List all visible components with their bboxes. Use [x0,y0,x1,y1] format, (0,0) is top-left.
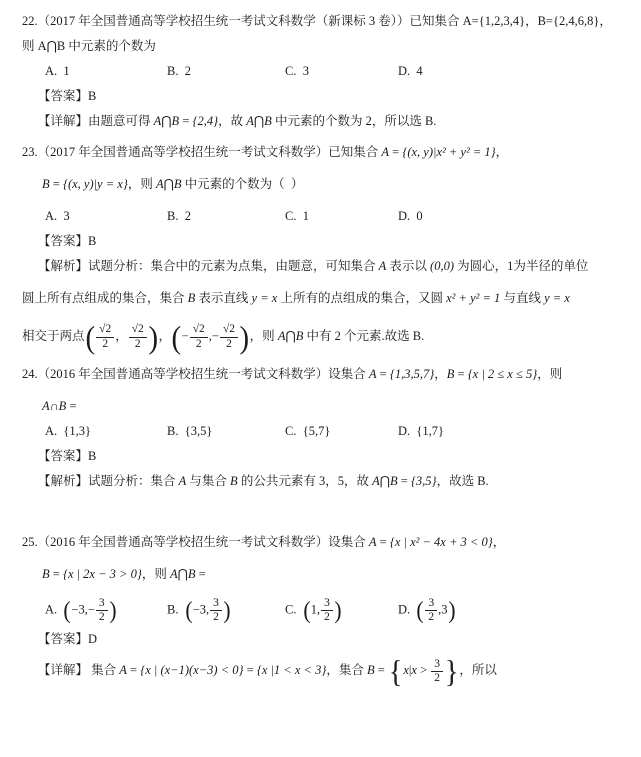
paren-glyph: ( [303,599,310,623]
math-text: B [390,474,398,488]
paren-glyph: ( [64,599,71,623]
big-paren-glyph: ) [240,321,250,353]
question-22-option-b: B. 2 [167,62,285,81]
math-text: A [369,535,377,549]
math-text: B [447,367,455,381]
question-22-option-a: A. 1 [45,62,167,81]
math-text: B [296,329,304,343]
fraction-denominator: 2 [96,611,108,624]
question-25-stem-line-2: B = {x | 2x − 3 > 0}，则 A⋂B = [42,565,633,584]
paren-glyph: ) [448,599,455,623]
math-text: A [156,177,164,191]
question-25: 25.（2016 年全国普通高等学校招生统一考试文科数学）设集合 A = {x … [22,533,633,687]
math-text: A [246,114,254,128]
math-text: A [379,259,387,273]
fraction: √22 [96,323,114,350]
question-24-stem-line-1: 24.（2016 年全国普通高等学校招生统一考试文科数学）设集合 A = {1,… [22,365,633,384]
question-22-stem-line-2: 则 A⋂B 中元素的个数为 [22,37,633,56]
math-text: {x | x² − 4x + 3 < 0} [390,535,493,549]
fraction: √22 [129,323,147,350]
fraction-numerator: 3 [321,597,333,611]
question-23-stem-line-1: 23.（2017 年全国普通高等学校招生统一考试文科数学）已知集合 A = {(… [22,143,633,162]
question-25-solution: 【详解】 集合 A = {x | (x−1)(x−3) < 0} = {x |1… [38,655,633,687]
math-text: {x | (x−1)(x−3) < 0} [140,663,243,677]
paren-glyph: ) [223,599,230,623]
fraction: 32 [431,658,443,685]
fraction: √22 [220,323,238,350]
question-24-option-a: A. {1,3} [45,422,167,441]
fraction: 32 [425,597,437,624]
big-paren-glyph: } [445,655,459,687]
big-paren-glyph: ( [85,321,95,353]
question-22-option-c: C. 3 [285,62,398,81]
math-text: B [174,177,182,191]
math-text: {(x, y)|x² + y² = 1} [402,145,495,159]
big-paren-glyph: ( [172,321,182,353]
question-24-option-b: B. {3,5} [167,422,285,441]
math-text: {(x, y)|y = x} [63,177,128,191]
math-text: y = x [544,291,570,305]
math-text: x [411,663,417,677]
question-25-stem-line-1: 25.（2016 年全国普通高等学校招生统一考试文科数学）设集合 A = {x … [22,533,633,552]
math-text: x² + y² = 1 [446,291,500,305]
question-25-option-d: D. (32,3) [398,597,456,624]
question-23: 23.（2017 年全国普通高等学校招生统一考试文科数学）已知集合 A = {(… [22,143,633,353]
fraction-numerator: √2 [96,323,114,337]
math-text: A [179,474,187,488]
fraction-denominator: 2 [431,672,443,685]
math-text: y = x [252,291,278,305]
math-text: {x |1 < x < 3} [257,663,327,677]
fraction-denominator: 2 [190,338,208,351]
question-22-option-d: D. 4 [398,62,423,81]
fraction-numerator: √2 [129,323,147,337]
math-text: (0,0) [430,259,454,273]
question-23-analysis-line-1: 【解析】试题分析：集合中的元素为点集，由题意，可知集合 A 表示以 (0,0) … [38,257,633,276]
math-text: A [170,567,178,581]
question-25-option-b: B. (−3,32) [167,597,285,624]
fraction-numerator: 3 [210,597,222,611]
question-24-option-c: C. {5,7} [285,422,398,441]
math-text: {x | 2 ≤ x ≤ 5} [468,367,538,381]
question-24-option-d: D. {1,7} [398,422,444,441]
math-text: A [372,474,380,488]
question-23-analysis-line-3: 相交于两点(√22，√22)，(−√22,−√22)，则 A⋂B 中有 2 个元… [22,321,633,353]
question-22-answer: 【答案】B [38,87,633,106]
question-25-options-row: A. (−3,−32) B. (−3,32) C. (1,32) D. (32,… [45,597,633,624]
big-paren-glyph: ) [148,321,158,353]
fraction-numerator: √2 [220,323,238,337]
question-24-answer: 【答案】B [38,447,633,466]
paren-glyph: ( [417,599,424,623]
math-text: A [381,145,389,159]
fraction-numerator: 3 [96,597,108,611]
math-text: B [264,114,272,128]
fraction-denominator: 2 [321,611,333,624]
question-22-options-row: A. 1 B. 2 C. 3 D. 4 [45,62,633,81]
question-24-analysis: 【解析】试题分析：集合 A 与集合 B 的公共元素有 3，5，故 A⋂B = {… [38,472,633,491]
fraction-numerator: 3 [431,658,443,672]
question-24-options-row: A. {1,3} B. {3,5} C. {5,7} D. {1,7} [45,422,633,441]
question-24-stem-line-2: A∩B = [42,397,633,416]
big-paren-glyph: { [389,655,403,687]
question-23-option-a: A. 3 [45,207,167,226]
question-23-option-c: C. 1 [285,207,398,226]
question-23-analysis-line-2: 圆上所有点组成的集合，集合 B 表示直线 y = x 上所有的点组成的集合，又圆… [22,289,633,308]
question-22: 22.（2017 年全国普通高等学校招生统一考试文科数学（新课标 3 卷））已知… [22,12,633,131]
math-text: x [403,663,409,677]
question-24: 24.（2016 年全国普通高等学校招生统一考试文科数学）设集合 A = {1,… [22,365,633,491]
question-23-stem-line-2: B = {(x, y)|y = x}，则 A⋂B 中元素的个数为（ ） [42,175,633,194]
fraction-denominator: 2 [425,611,437,624]
question-22-stem-line-1: 22.（2017 年全国普通高等学校招生统一考试文科数学（新课标 3 卷））已知… [22,12,633,31]
math-text: A [278,329,286,343]
paren-glyph: ) [109,599,116,623]
fraction: 32 [321,597,333,624]
fraction-denominator: 2 [210,611,222,624]
fraction-numerator: 3 [425,597,437,611]
fraction: 32 [210,597,222,624]
question-23-answer: 【答案】B [38,232,633,251]
fraction-denominator: 2 [220,338,238,351]
math-text: B [230,474,238,488]
question-23-option-b: B. 2 [167,207,285,226]
paren-glyph: ( [185,599,192,623]
math-text: B [188,567,196,581]
question-23-option-d: D. 0 [398,207,423,226]
math-text: B [59,399,67,413]
fraction-denominator: 2 [129,338,147,351]
question-25-answer: 【答案】D [38,630,633,649]
math-text: {1,3,5,7} [390,367,434,381]
math-text: {x | 2x − 3 > 0} [63,567,142,581]
math-text: A [119,663,127,677]
question-23-options-row: A. 3 B. 2 C. 1 D. 0 [45,207,633,226]
math-text: {3,5} [411,474,437,488]
fraction-numerator: √2 [190,323,208,337]
document-page: 22.（2017 年全国普通高等学校招生统一考试文科数学（新课标 3 卷））已知… [0,0,641,687]
math-text: B [42,567,50,581]
math-text: {2,4} [193,114,219,128]
fraction-denominator: 2 [96,338,114,351]
fraction: √22 [190,323,208,350]
question-25-option-a: A. (−3,−32) [45,597,167,624]
math-text: A [42,399,50,413]
paren-glyph: ) [334,599,341,623]
math-text: B [42,177,50,191]
math-text: A [154,114,162,128]
question-22-solution: 【详解】由题意可得 A⋂B = {2,4}，故 A⋂B 中元素的个数为 2，所以… [38,112,633,131]
fraction: 32 [96,597,108,624]
math-text: B [188,291,196,305]
math-text: B [172,114,180,128]
question-25-option-c: C. (1,32) [285,597,398,624]
math-text: A [369,367,377,381]
math-text: B [367,663,375,677]
